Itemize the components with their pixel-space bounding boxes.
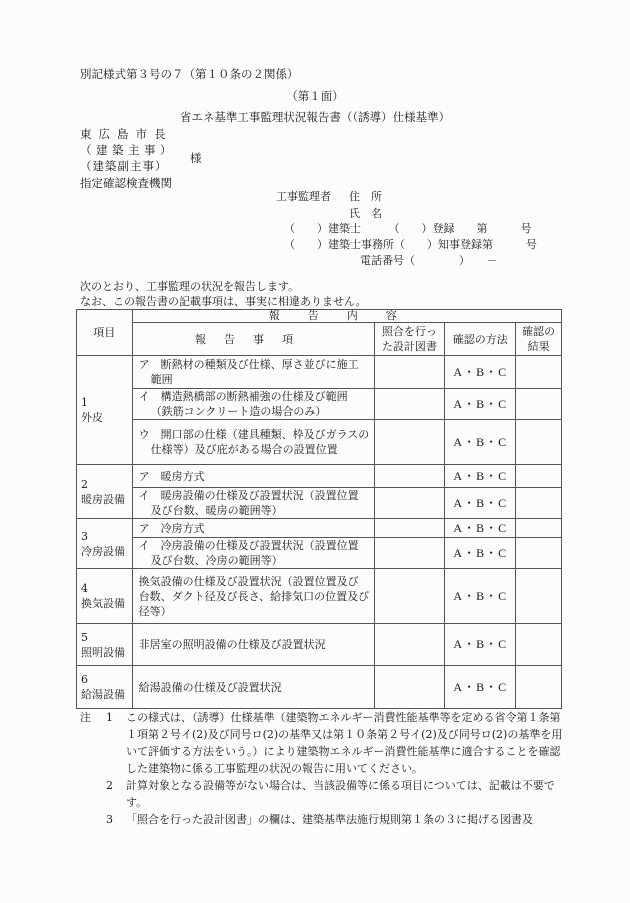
matter-cell: 換気設備の仕様及び設置状況（設置位置及び台数、ダクト径及び長さ、給排気口の位置及… xyxy=(132,569,374,624)
table-row: ウ 開口部の仕様（建具種類、枠及びガラスの仕様等）及び庇がある場合の設置位置 A… xyxy=(77,420,562,465)
checked-docs-cell[interactable] xyxy=(374,356,445,389)
matter-cell: ア 暖房方式 xyxy=(132,465,374,488)
item-heating: 2暖房設備 xyxy=(77,465,133,519)
notes-lead: 注 xyxy=(80,709,91,726)
architect-registration-line[interactable]: （ ）建築士 （ ）登録 第 号 xyxy=(284,222,532,236)
supervisor-label: 工事監理者 xyxy=(276,190,331,204)
matter-cell: イ 暖房設備の仕様及び設置状況（設置位置及び台数、暖房の範囲等） xyxy=(132,488,374,519)
result-cell[interactable] xyxy=(516,569,562,624)
method-cell[interactable]: A・B・C xyxy=(445,519,516,538)
checked-docs-cell[interactable] xyxy=(374,465,445,488)
checked-docs-cell[interactable] xyxy=(374,666,445,709)
intro-line-1: 次のとおり、工事監理の状況を報告します。 xyxy=(80,280,299,294)
table-row: イ 暖房設備の仕様及び設置状況（設置位置及び台数、暖房の範囲等） A・B・C xyxy=(77,488,562,519)
page-label: （第１面） xyxy=(0,89,630,103)
result-cell[interactable] xyxy=(516,420,562,465)
intro-line-2: なお、この報告書の記載事項は、事実に相違ありません。 xyxy=(80,295,367,309)
method-cell[interactable]: A・B・C xyxy=(445,569,516,624)
checked-docs-cell[interactable] xyxy=(374,569,445,624)
header-result: 確認の結果 xyxy=(516,323,562,356)
note-text: 計算対象となる設備等がない場合は、当該設備等に係る項目については、記載は不要です… xyxy=(126,779,555,809)
header-matter: 報告事項 xyxy=(132,323,374,356)
result-cell[interactable] xyxy=(516,666,562,709)
checked-docs-cell[interactable] xyxy=(374,624,445,666)
method-cell[interactable]: A・B・C xyxy=(445,356,516,389)
report-table: 項目 報告内容 報告事項 照合を行った設計図書 確認の方法 確認の結果 1外皮 … xyxy=(76,309,562,709)
result-cell[interactable] xyxy=(516,356,562,389)
table-row: イ 構造熱橋部の断熱補強の仕様及び範囲（鉄筋コンクリート造の場合のみ） A・B・… xyxy=(77,389,562,420)
note-number: 1 xyxy=(106,709,113,726)
header-item: 項目 xyxy=(77,310,133,356)
method-cell[interactable]: A・B・C xyxy=(445,488,516,519)
table-row: 3冷房設備 ア 冷房方式 A・B・C xyxy=(77,519,562,538)
result-cell[interactable] xyxy=(516,519,562,538)
checked-docs-cell[interactable] xyxy=(374,389,445,420)
matter-cell: ア 冷房方式 xyxy=(132,519,374,538)
document-title: 省エネ基準工事監理状況報告書（（誘導）仕様基準） xyxy=(0,110,630,124)
note-3: 3 「照合を行った設計図書」の欄は、建築基準法施行規則第１条の３に掲げる図書及 xyxy=(80,811,570,828)
addressee-mayor: 東広島市長 xyxy=(80,127,173,141)
note-number: 3 xyxy=(106,811,113,828)
method-cell[interactable]: A・B・C xyxy=(445,666,516,709)
item-hot-water: 6給湯設備 xyxy=(77,666,133,709)
matter-cell: 給湯設備の仕様及び設置状況 xyxy=(132,666,374,709)
notes-section: 注 1 この様式は、（誘導）仕様基準（建築物エネルギー消費性能基準等を定める省令… xyxy=(80,709,570,828)
item-envelope: 1外皮 xyxy=(77,356,133,465)
note-number: 2 xyxy=(106,777,113,794)
honorific: 様 xyxy=(190,151,202,165)
note-2: 2 計算対象となる設備等がない場合は、当該設備等に係る項目については、記載は不要… xyxy=(80,777,570,811)
table-row: 2暖房設備 ア 暖房方式 A・B・C xyxy=(77,465,562,488)
table-row: 4換気設備 換気設備の仕様及び設置状況（設置位置及び台数、ダクト径及び長さ、給排… xyxy=(77,569,562,624)
phone-number-field[interactable]: 電話番号（ ） － xyxy=(360,254,498,268)
header-method: 確認の方法 xyxy=(445,323,516,356)
item-ventilation: 4換気設備 xyxy=(77,569,133,624)
table-row: 1外皮 ア 断熱材の種類及び仕様、厚さ並びに施工範囲 A・B・C xyxy=(77,356,562,389)
result-cell[interactable] xyxy=(516,538,562,569)
table-row: イ 冷房設備の仕様及び設置状況（設置位置及び台数、冷房の範囲等） A・B・C xyxy=(77,538,562,569)
note-1: 注 1 この様式は、（誘導）仕様基準（建築物エネルギー消費性能基準等を定める省令… xyxy=(80,709,570,777)
table-row: 5照明設備 非居室の照明設備の仕様及び設置状況 A・B・C xyxy=(77,624,562,666)
method-cell[interactable]: A・B・C xyxy=(445,538,516,569)
item-lighting: 5照明設備 xyxy=(77,624,133,666)
item-cooling: 3冷房設備 xyxy=(77,519,133,569)
result-cell[interactable] xyxy=(516,389,562,420)
form-number: 別記様式第３号の７（第１０条の２関係） xyxy=(80,67,299,81)
note-text: この様式は、（誘導）仕様基準（建築物エネルギー消費性能基準等を定める省令第１条第… xyxy=(126,711,562,775)
addressee-deputy-official: （建築副主事） xyxy=(80,159,168,173)
method-cell[interactable]: A・B・C xyxy=(445,420,516,465)
checked-docs-cell[interactable] xyxy=(374,420,445,465)
matter-cell: イ 冷房設備の仕様及び設置状況（設置位置及び台数、冷房の範囲等） xyxy=(132,538,374,569)
checked-docs-cell[interactable] xyxy=(374,538,445,569)
note-text: 「照合を行った設計図書」の欄は、建築基準法施行規則第１条の３に掲げる図書及 xyxy=(126,813,533,826)
result-cell[interactable] xyxy=(516,624,562,666)
supervisor-address-field[interactable]: 住 所 xyxy=(349,190,382,204)
result-cell[interactable] xyxy=(516,488,562,519)
addressee-inspection-body: 指定確認検査機関 xyxy=(80,176,172,190)
matter-cell: ウ 開口部の仕様（建具種類、枠及びガラスの仕様等）及び庇がある場合の設置位置 xyxy=(132,420,374,465)
matter-cell: ア 断熱材の種類及び仕様、厚さ並びに施工範囲 xyxy=(132,356,374,389)
checked-docs-cell[interactable] xyxy=(374,519,445,538)
office-registration-line[interactable]: （ ）建築士事務所（ ）知事登録第 号 xyxy=(284,238,537,252)
method-cell[interactable]: A・B・C xyxy=(445,624,516,666)
supervisor-name-field[interactable]: 氏 名 xyxy=(349,207,382,221)
result-cell[interactable] xyxy=(516,465,562,488)
checked-docs-cell[interactable] xyxy=(374,488,445,519)
header-checked-docs: 照合を行った設計図書 xyxy=(374,323,445,356)
matter-cell: 非居室の照明設備の仕様及び設置状況 xyxy=(132,624,374,666)
matter-cell: イ 構造熱橋部の断熱補強の仕様及び範囲（鉄筋コンクリート造の場合のみ） xyxy=(132,389,374,420)
addressee-building-official: （建築主事） xyxy=(80,143,176,157)
table-row: 6給湯設備 給湯設備の仕様及び設置状況 A・B・C xyxy=(77,666,562,709)
method-cell[interactable]: A・B・C xyxy=(445,389,516,420)
header-report-contents: 報告内容 xyxy=(132,310,561,323)
method-cell[interactable]: A・B・C xyxy=(445,465,516,488)
